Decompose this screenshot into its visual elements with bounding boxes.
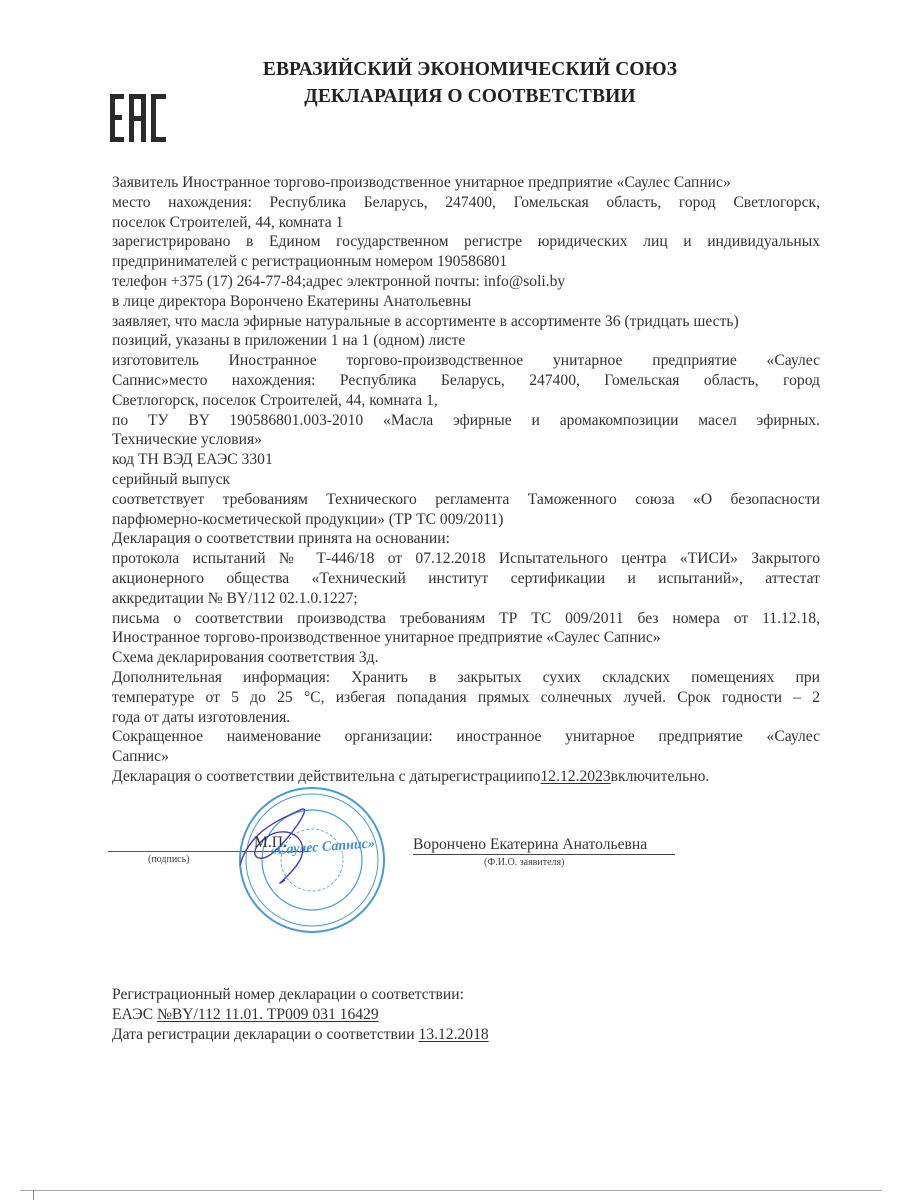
registration-number: №BY/112 11.01. ТР009 031 16429 <box>157 1006 379 1023</box>
declaration-body: Заявитель Иностранное торгово-производст… <box>112 173 820 787</box>
manufacturer-line-2: Сапнис»место нахождения: Республика Бела… <box>112 371 820 391</box>
letter-line-2: Иностранное торгово-производственное уни… <box>112 628 820 648</box>
registration-date: 13.12.2018 <box>419 1026 489 1043</box>
additional-line-2: температуре от 5 до 25 °С, избегая попад… <box>112 688 820 708</box>
protocol-line-1: протокола испытаний № Т-446/18 от 07.12.… <box>112 549 820 569</box>
scheme-line: Схема декларирования соответствия 3д. <box>112 648 820 668</box>
tu-line-2: Технические условия» <box>112 430 820 450</box>
protocol-line-2: акционерного общества «Технический инсти… <box>112 569 820 589</box>
declares-line-2: позиций, указаны в приложении 1 на 1 (од… <box>112 331 820 351</box>
document-header: ЕВРАЗИЙСКИЙ ЭКОНОМИЧЕСКИЙ СОЮЗ ДЕКЛАРАЦИ… <box>230 56 710 110</box>
basis-title: Декларация о соответствии принята на осн… <box>112 529 820 549</box>
tn-ved-line: код ТН ВЭД ЕАЭС 3301 <box>112 450 820 470</box>
protocol-line-3: аккредитации № BY/112 02.1.0.1227; <box>112 589 820 609</box>
represented-by-line: в лице директора Ворончено Екатерины Ана… <box>112 292 820 312</box>
manufacturer-line-3: Светлогорск, поселок Строителей, 44, ком… <box>112 391 820 411</box>
registration-label: Регистрационный номер декларации о соотв… <box>112 985 489 1005</box>
company-stamp <box>230 780 390 940</box>
eac-logo <box>108 92 170 144</box>
location-line-2: поселок Строителей, 44, комната 1 <box>112 213 820 233</box>
manufacturer-line-1: изготовитель Иностранное торгово-произво… <box>112 351 820 371</box>
declares-line-1: заявляет, что масла эфирные натуральные … <box>112 312 820 332</box>
location-line-1: место нахождения: Республика Беларусь, 2… <box>112 193 820 213</box>
applicant-line: Заявитель Иностранное торгово-производст… <box>112 173 820 193</box>
registered-line-2: предпринимателей с регистрационным номер… <box>112 252 820 272</box>
registration-number-line: ЕАЭС №BY/112 11.01. ТР009 031 16429 <box>112 1005 489 1025</box>
signer-caption: (Ф.И.О. заявителя) <box>484 857 564 868</box>
complies-line-2: парфюмерно-косметической продукции» (ТР … <box>112 510 820 530</box>
page-bottom-tick <box>33 1190 34 1200</box>
short-name-line-2: Сапнис» <box>112 747 820 767</box>
signature-caption: (подпись) <box>148 854 190 865</box>
registered-line-1: зарегистрировано в Едином государственно… <box>112 232 820 252</box>
registration-date-label: Дата регистрации декларации о соответств… <box>112 1026 419 1043</box>
seal-mark: М.П. <box>254 834 287 852</box>
complies-line-1: соответствует требованиям Технического р… <box>112 490 820 510</box>
additional-line-1: Дополнительная информация: Хранить в зак… <box>112 668 820 688</box>
registration-date-line: Дата регистрации декларации о соответств… <box>112 1025 489 1045</box>
short-name-line-1: Сокращенное наименование организации: ин… <box>112 727 820 747</box>
page-bottom-rule <box>20 1190 882 1191</box>
additional-line-3: года от даты изготовления. <box>112 708 820 728</box>
eac-mark-icon <box>108 92 170 144</box>
round-seal-icon <box>230 780 390 940</box>
contacts-line: телефон +375 (17) 264-77-84;адрес электр… <box>112 272 820 292</box>
union-title: ЕВРАЗИЙСКИЙ ЭКОНОМИЧЕСКИЙ СОЮЗ <box>230 56 710 83</box>
signer-name: Ворончено Екатерина Анатольевна <box>413 836 675 855</box>
registration-prefix: ЕАЭС <box>112 1006 157 1023</box>
serial-line: серийный выпуск <box>112 470 820 490</box>
signature-block: (подпись) «Саулес Сапнис» М.П. Ворончено… <box>0 780 900 950</box>
letter-line-1: письма о соответствии производства требо… <box>112 609 820 629</box>
document-title: ДЕКЛАРАЦИЯ О СООТВЕТСТВИИ <box>230 83 710 110</box>
registration-block: Регистрационный номер декларации о соотв… <box>112 985 489 1045</box>
tu-line-1: по ТУ BY 190586801.003-2010 «Масла эфирн… <box>112 411 820 431</box>
